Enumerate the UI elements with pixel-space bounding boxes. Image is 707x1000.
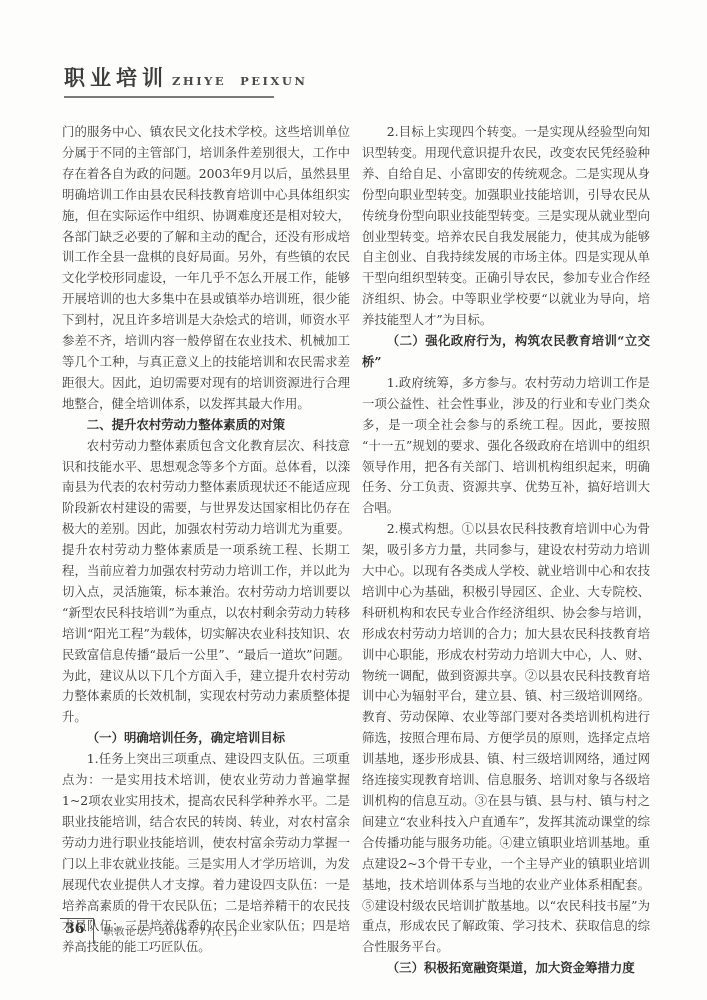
paragraph: 2.模式构想。①以县农民科技教育培训中心为骨架，吸引多方力量，共同参与，建设农村… [362,519,650,958]
subsection-heading: （一）明确培训任务，确定培训目标 [62,728,350,749]
paragraph: 农村劳动力整体素质包含文化教育层次、科技意识和技能水平、思想观念等多个方面。总体… [62,436,350,729]
section-title-pinyin: ZHIYE PEIXUN [172,73,307,89]
paragraph: 2.目标上实现四个转变。一是实现从经验型向知识型转变。用现代意识提升农民，改变农… [362,122,650,331]
paragraph: 1.政府统筹，多方参与。农村劳动力培训工作是一项公益性、社会性事业，涉及的行业和… [362,373,650,519]
section-title-cn: 职业培训 [64,62,168,92]
section-heading: 二、提升农村劳动力整体素质的对策 [62,415,350,436]
subsection-heading: （三）积极拓宽融资渠道，加大资金筹措力度 [362,958,650,979]
masthead: 职业培训 ZHIYE PEIXUN [64,62,307,92]
paragraph: 门的服务中心、镇农民文化技术学校。这些培训单位分属于不同的主管部门，培训条件差别… [62,122,350,415]
column-left: 门的服务中心、镇农民文化技术学校。这些培训单位分属于不同的主管部门，培训条件差别… [62,122,350,958]
page-footer: 36 职教论坛》2008年7月(上) [60,918,238,944]
scanned-journal-page: 职业培训 ZHIYE PEIXUN 门的服务中心、镇农民文化技术学校。这些培训单… [0,0,707,1000]
column-right: 2.目标上实现四个转变。一是实现从经验型向知识型转变。用现代意识提升农民，改变农… [362,122,650,979]
journal-info: 职教论坛》2008年7月(上) [94,918,238,938]
subsection-heading: （二）强化政府行为，构筑农民教育培训“立交桥” [362,331,650,373]
masthead-divider [64,96,274,98]
page-number: 36 [60,918,94,944]
